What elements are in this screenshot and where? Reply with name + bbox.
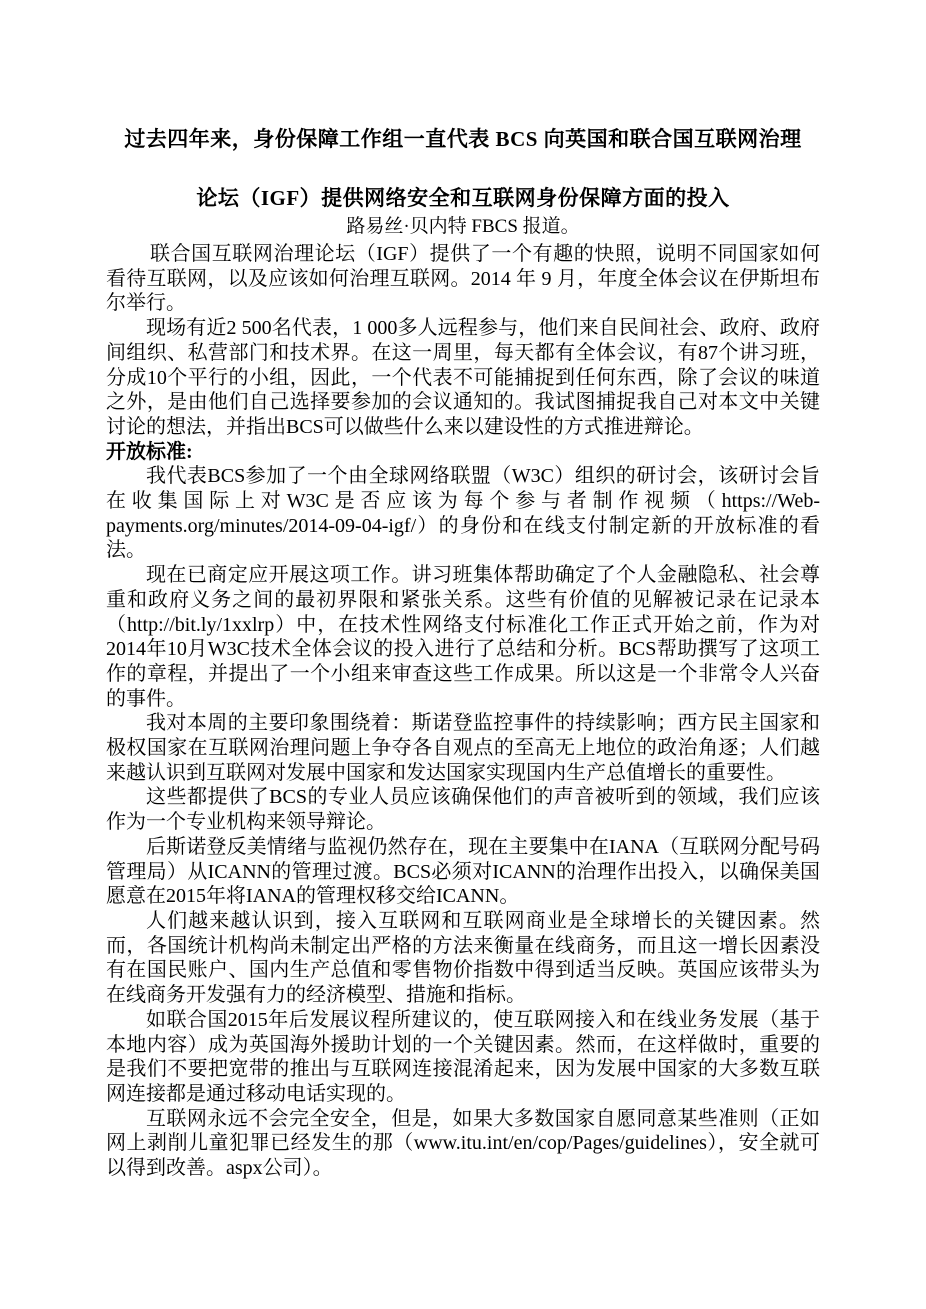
document-title-line-2: 论坛（IGF）提供网络安全和互联网身份保障方面的投入 — [106, 185, 820, 211]
paragraph-internet-never-secure: 互联网永远不会完全安全，但是，如果大多数国家自愿同意某些准则（正如网上剥削儿童犯… — [106, 1107, 820, 1181]
document-title-line-1: 过去四年来，身份保障工作组一直代表 BCS 向英国和联合国互联网治理 — [106, 126, 820, 152]
byline: 路易丝·贝内特 FBCS 报道。 — [106, 213, 820, 240]
section-heading-open-standards: 开放标准: — [106, 440, 820, 465]
paragraph-un-post-2015-agenda: 如联合国2015年后发展议程所建议的，使互联网接入和在线业务发展（基于本地内容）… — [106, 1008, 820, 1107]
paragraph-work-agreed: 现在已商定应开展这项工作。讲习班集体帮助确定了个人金融隐私、社会尊重和政府义务之… — [106, 563, 820, 711]
paragraph-igf-snapshot: 联合国互联网治理论坛（IGF）提供了一个有趣的快照，说明不同国家如何看待互联网，… — [106, 242, 820, 316]
paragraph-post-snowden-iana: 后斯诺登反美情绪与监视仍然存在，现在主要集中在IANA（互联网分配号码管理局）从… — [106, 835, 820, 909]
paragraph-internet-commerce-growth: 人们越来越认识到，接入互联网和互联网商业是全球增长的关键因素。然而，各国统计机构… — [106, 909, 820, 1008]
paragraph-week-impressions: 我对本周的主要印象围绕着：斯诺登监控事件的持续影响；西方民主国家和极权国家在互联… — [106, 711, 820, 785]
article-body: 联合国互联网治理论坛（IGF）提供了一个有趣的快照，说明不同国家如何看待互联网，… — [106, 242, 820, 1181]
paragraph-bcs-voice: 这些都提供了BCS的专业人员应该确保他们的声音被听到的领域，我们应该作为一个专业… — [106, 785, 820, 834]
paragraph-delegates: 现场有近2 500名代表，1 000多人远程参与，他们来自民间社会、政府、政府间… — [106, 316, 820, 440]
document-page: 过去四年来，身份保障工作组一直代表 BCS 向英国和联合国互联网治理 论坛（IG… — [0, 0, 926, 1309]
document-content: 过去四年来，身份保障工作组一直代表 BCS 向英国和联合国互联网治理 论坛（IG… — [106, 126, 820, 1181]
paragraph-w3c-workshop: 我代表BCS参加了一个由全球网络联盟（W3C）组织的研讨会，该研讨会旨在收集国际… — [106, 464, 820, 563]
